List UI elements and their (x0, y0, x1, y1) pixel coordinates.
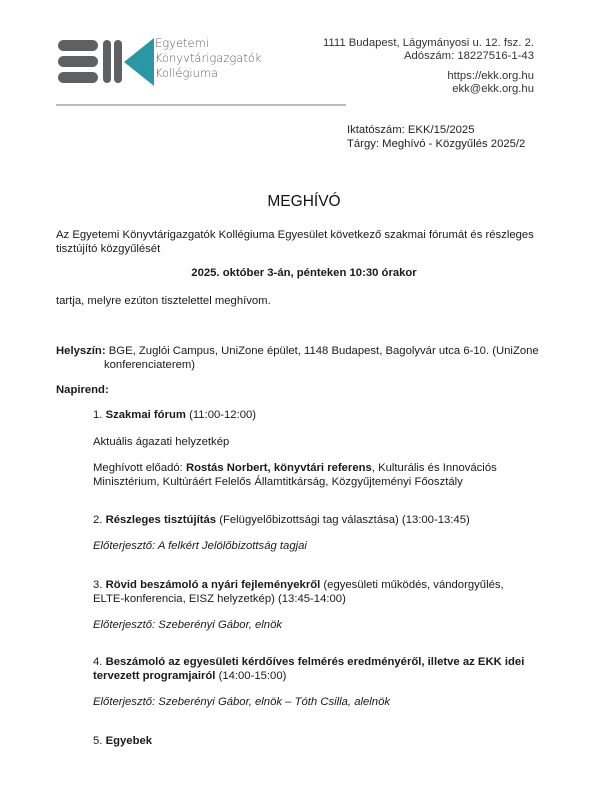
item-title-line2: tervezett programjairól (14:00-15:00) (93, 669, 286, 683)
item-title: Szakmai fórum (106, 409, 186, 421)
logo-line: Kollégiuma (155, 66, 262, 81)
document-title: MEGHÍVÓ (0, 193, 608, 211)
logo-triangle-icon (124, 38, 154, 86)
filing-number: Iktatószám: EKK/15/2025 (347, 123, 525, 137)
speaker-name: Rostás Norbert, könyvtári referens (186, 462, 372, 474)
item-detail: (Felügyelőbizottsági tag választása) (13… (219, 514, 470, 526)
logo-vertical-bar-icon (103, 40, 111, 83)
item-detail-line2: ELTE-konferencia, EISZ helyzetkép) (13:4… (93, 592, 346, 606)
agenda-label: Napirend: (56, 383, 109, 397)
item-time: (11:00-12:00) (189, 409, 256, 421)
logo-vertical-bar-icon (114, 40, 122, 83)
item-presenter: Előterjesztő: Szeberényi Gábor, elnök (93, 618, 282, 632)
ekk-logo (58, 38, 158, 88)
website-link[interactable]: https://ekk.org.hu (323, 70, 534, 83)
event-datetime: 2025. október 3-án, pénteken 10:30 órako… (0, 266, 608, 280)
reference-block: Iktatószám: EKK/15/2025 Tárgy: Meghívó -… (347, 123, 525, 151)
tax-number: Adószám: 18227516-1-43 (323, 50, 534, 63)
agenda-item-5: 5. Egyebek (93, 734, 152, 748)
presenter-text: Előterjesztő: A felkért Jelölőbizottság … (93, 540, 307, 552)
logo-bar-icon (58, 72, 98, 83)
logo-bar-icon (58, 40, 98, 51)
contact-block: 1111 Budapest, Lágymányosi u. 12. fsz. 2… (323, 37, 534, 96)
header-divider (56, 104, 346, 106)
agenda-item-4: 4. Beszámoló az egyesületi kérdőíves fel… (93, 655, 524, 669)
item-title: Részleges tisztújítás (106, 514, 217, 526)
item-title: Beszámoló az egyesületi kérdőíves felmér… (106, 656, 525, 668)
closing-text: tartja, melyre ezúton tisztelettel meghí… (56, 294, 271, 308)
speaker-affiliation: , Kulturális és Innovációs (372, 462, 497, 474)
item-detail: (egyesületi működés, vándorgyűlés, (323, 579, 503, 591)
logo-line: Egyetemi (155, 36, 262, 51)
item-title: tervezett programjairól (93, 670, 215, 682)
presenter-text: Előterjesztő: Szeberényi Gábor, elnök (93, 619, 282, 631)
speaker-label: Meghívott előadó: (93, 462, 183, 474)
item-number: 3. (93, 579, 102, 591)
agenda-item-2: 2. Részleges tisztújítás (Felügyelőbizot… (93, 513, 470, 527)
item-title: Egyebek (106, 735, 152, 747)
location-block: Helyszín: BGE, Zuglói Campus, UniZone ép… (56, 344, 539, 358)
item-title: Rövid beszámoló a nyári fejleményekről (106, 579, 321, 591)
logo-text: Egyetemi Könyvtárigazgatók Kollégiuma (155, 36, 262, 81)
item-number: 5. (93, 735, 102, 747)
item-number: 4. (93, 656, 102, 668)
agenda-item-1: 1. Szakmai fórum (11:00-12:00) (93, 408, 256, 422)
presenter-text: Előterjesztő: Szeberényi Gábor, elnök – … (93, 696, 390, 708)
item-presenter: Előterjesztő: A felkért Jelölőbizottság … (93, 539, 307, 553)
document-page: Egyetemi Könyvtárigazgatók Kollégiuma 11… (0, 0, 608, 800)
email-link[interactable]: ekk@ekk.org.hu (323, 83, 534, 96)
item-number: 1. (93, 409, 102, 421)
location-label: Helyszín: (56, 345, 106, 357)
item-number: 2. (93, 514, 102, 526)
subject: Tárgy: Meghívó - Közgyűlés 2025/2 (347, 137, 525, 151)
logo-line: Könyvtárigazgatók (155, 51, 262, 66)
address: 1111 Budapest, Lágymányosi u. 12. fsz. 2… (323, 37, 534, 50)
location-line2: konferenciaterem) (104, 358, 195, 372)
item-time: (14:00-15:00) (219, 670, 287, 682)
item-presenter: Előterjesztő: Szeberényi Gábor, elnök – … (93, 695, 390, 709)
logo-bar-icon (58, 56, 98, 67)
speaker-line1: Meghívott előadó: Rostás Norbert, könyvt… (93, 461, 497, 475)
speaker-line2: Minisztérium, Kultúráért Felelős Államti… (93, 475, 463, 489)
intro-paragraph: Az Egyetemi Könyvtárigazgatók Kollégiuma… (56, 228, 556, 256)
location-line1: BGE, Zuglói Campus, UniZone épület, 1148… (109, 345, 539, 357)
agenda-item-3: 3. Rövid beszámoló a nyári fejleményekrő… (93, 578, 504, 592)
item-subtitle: Aktuális ágazati helyzetkép (93, 435, 229, 449)
